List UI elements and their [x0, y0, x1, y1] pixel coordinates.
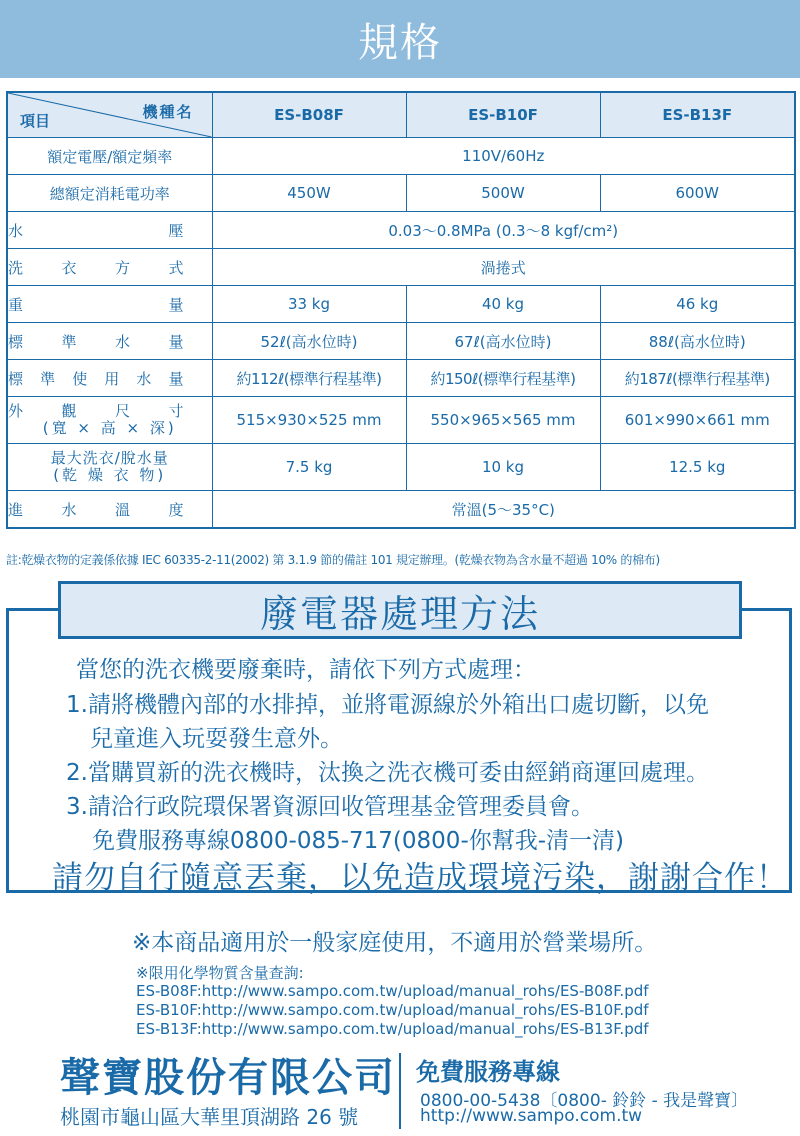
max-capacity-value-3: 12.5 kg	[600, 444, 795, 491]
label-char: 用	[104, 368, 119, 389]
model-name-label: 機種名	[142, 101, 193, 122]
disposal-step-2: 2.當購買新的洗衣機時，汰換之洗衣機可委由經銷商運回處理。	[66, 754, 709, 787]
table-row: 洗 衣 方 式 渦捲式	[7, 249, 795, 286]
label-char: 進	[8, 499, 23, 520]
rohs-link-es-b08f[interactable]: ES-B08F:http://www.sampo.com.tw/upload/m…	[136, 982, 649, 1000]
rohs-link-es-b10f[interactable]: ES-B10F:http://www.sampo.com.tw/upload/m…	[136, 1001, 649, 1019]
model-header-3: ES-B13F	[600, 92, 795, 138]
dimensions-value-3: 601×990×661 mm	[600, 397, 795, 444]
table-row: 水壓 0.03～0.8MPa (0.3～8 kgf/cm²)	[7, 212, 795, 249]
disposal-step-3: 3.請洽行政院環保署資源回收管理基金管理委員會。	[66, 788, 594, 821]
std-water-level-value-1: 52ℓ(高水位時)	[212, 323, 406, 360]
label-char: 壓	[168, 220, 183, 241]
row-label-water-pressure: 水壓	[7, 212, 212, 249]
row-label-std-water-usage: 標 準 使 用 水 量	[7, 360, 212, 397]
item-label: 項目	[20, 110, 50, 131]
label-char: 量	[168, 368, 183, 389]
company-name: 聲寶股份有限公司	[60, 1046, 396, 1103]
label-char: 水	[61, 499, 76, 520]
std-water-usage-value-1: 約112ℓ(標準行程基準)	[212, 360, 406, 397]
row-label-inlet-temp: 進 水 溫 度	[7, 491, 212, 529]
footnote: 註:乾燥衣物的定義係依據 IEC 60335-2-11(2002) 第 3.1.…	[6, 551, 660, 568]
power-value-2: 500W	[406, 175, 600, 212]
model-header-1: ES-B08F	[212, 92, 406, 138]
label-char: 尺	[115, 403, 130, 420]
row-label-wash-method: 洗 衣 方 式	[7, 249, 212, 286]
disposal-title-box: 廢電器處理方法	[58, 581, 742, 639]
label-char: 水	[8, 220, 23, 241]
std-water-usage-value-3: 約187ℓ(標準行程基準)	[600, 360, 795, 397]
label-char: 外	[8, 403, 23, 420]
inlet-temp-value: 常溫(5～35°C)	[212, 491, 795, 529]
weight-value-1: 33 kg	[212, 286, 406, 323]
model-header-2: ES-B10F	[406, 92, 600, 138]
max-capacity-value-2: 10 kg	[406, 444, 600, 491]
label-char: 觀	[61, 403, 76, 420]
spec-title: 規格	[358, 11, 442, 68]
disposal-hotline: 免費服務專線0800-085-717(0800-你幫我-清一清)	[92, 822, 624, 855]
label-char: 式	[168, 257, 183, 278]
table-row: 標 準 水 量 52ℓ(高水位時) 67ℓ(高水位時) 88ℓ(高水位時)	[7, 323, 795, 360]
disposal-warning: 請勿自行隨意丟棄，以免造成環境污染，謝謝合作！	[52, 852, 788, 897]
label-char: 寸	[168, 403, 183, 420]
label-char: 方	[115, 257, 130, 278]
max-capacity-value-1: 7.5 kg	[212, 444, 406, 491]
label-char: 量	[168, 294, 183, 315]
spec-table: 機種名 項目 ES-B08F ES-B10F ES-B13F 額定電壓/額定頻率…	[6, 91, 796, 529]
disposal-step-1: 1.請將機體內部的水排掉，並將電源線於外箱出口處切斷，以免	[66, 686, 709, 719]
table-row: 標 準 使 用 水 量 約112ℓ(標準行程基準) 約150ℓ(標準行程基準) …	[7, 360, 795, 397]
label-char: 度	[168, 499, 183, 520]
weight-value-2: 40 kg	[406, 286, 600, 323]
rohs-title: ※限用化學物質含量查詢:	[136, 962, 304, 983]
dimensions-sublabel: (寬 × 高 × 深)	[8, 420, 212, 437]
power-value-1: 450W	[212, 175, 406, 212]
label-char: 準	[61, 331, 76, 352]
label-char: 水	[115, 331, 130, 352]
label-char: 標	[8, 368, 23, 389]
water-pressure-value: 0.03～0.8MPa (0.3～8 kgf/cm²)	[212, 212, 795, 249]
table-row: 重量 33 kg 40 kg 46 kg	[7, 286, 795, 323]
spec-banner: 規格	[0, 0, 800, 78]
table-row: 進 水 溫 度 常溫(5～35°C)	[7, 491, 795, 529]
footer-divider	[399, 1053, 401, 1129]
std-water-level-value-3: 88ℓ(高水位時)	[600, 323, 795, 360]
label-char: 溫	[115, 499, 130, 520]
label-char: 衣	[61, 257, 76, 278]
table-row: 外 觀 尺 寸 (寬 × 高 × 深) 515×930×525 mm 550×9…	[7, 397, 795, 444]
table-row: 最大洗衣/脫水量 (乾 燥 衣 物) 7.5 kg 10 kg 12.5 kg	[7, 444, 795, 491]
max-capacity-sublabel: (乾 燥 衣 物)	[8, 467, 212, 484]
weight-value-3: 46 kg	[600, 286, 795, 323]
table-row: 總額定消耗電功率 450W 500W 600W	[7, 175, 795, 212]
company-address: 桃園市龜山區大華里頂湖路 26 號	[60, 1101, 358, 1130]
rated-voltage-value: 110V/60Hz	[212, 138, 795, 175]
row-label-power: 總額定消耗電功率	[7, 175, 212, 212]
hotline-title: 免費服務專線	[416, 1052, 560, 1087]
label-char: 準	[40, 368, 55, 389]
disposal-title: 廢電器處理方法	[260, 583, 540, 638]
label-char: 洗	[8, 257, 23, 278]
row-label-std-water-level: 標 準 水 量	[7, 323, 212, 360]
rohs-link-es-b13f[interactable]: ES-B13F:http://www.sampo.com.tw/upload/m…	[136, 1020, 649, 1038]
std-water-level-value-2: 67ℓ(高水位時)	[406, 323, 600, 360]
label-char: 標	[8, 331, 23, 352]
disposal-intro: 當您的洗衣機要廢棄時，請依下列方式處理：	[76, 651, 536, 684]
label-char: 使	[72, 368, 87, 389]
label-char: 重	[8, 294, 23, 315]
row-label-max-capacity: 最大洗衣/脫水量 (乾 燥 衣 物)	[7, 444, 212, 491]
power-value-3: 600W	[600, 175, 795, 212]
home-use-note: ※本商品適用於一般家庭使用，不適用於營業場所。	[132, 924, 657, 957]
corner-header: 機種名 項目	[7, 92, 212, 138]
disposal-step-1-cont: 兒童進入玩耍發生意外。	[90, 720, 343, 753]
label-char: 量	[168, 331, 183, 352]
row-label-dimensions: 外 觀 尺 寸 (寬 × 高 × 深)	[7, 397, 212, 444]
label-char: 水	[136, 368, 151, 389]
row-label-rated-voltage: 額定電壓/額定頻率	[7, 138, 212, 175]
dimensions-value-2: 550×965×565 mm	[406, 397, 600, 444]
dimensions-value-1: 515×930×525 mm	[212, 397, 406, 444]
max-capacity-label: 最大洗衣/脫水量	[8, 450, 212, 467]
website-link[interactable]: http://www.sampo.com.tw	[420, 1106, 642, 1126]
wash-method-value: 渦捲式	[212, 249, 795, 286]
table-row: 額定電壓/額定頻率 110V/60Hz	[7, 138, 795, 175]
row-label-weight: 重量	[7, 286, 212, 323]
std-water-usage-value-2: 約150ℓ(標準行程基準)	[406, 360, 600, 397]
